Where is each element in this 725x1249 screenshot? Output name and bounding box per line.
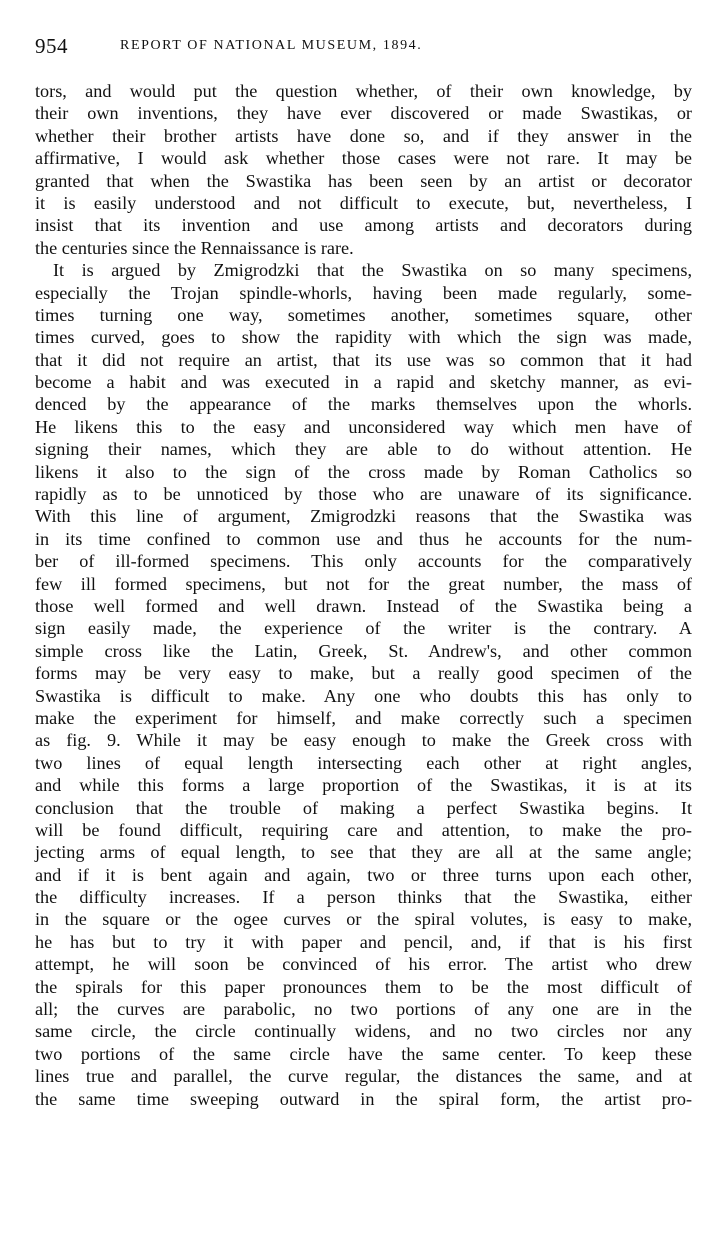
text-line: likens it also to the sign of the cross … [35,461,692,483]
text-line: sign easily made, the experience of the … [35,617,692,639]
text-line: jecting arms of equal length, to see tha… [35,841,692,863]
text-line: and while this forms a large proportion … [35,774,692,796]
running-head: REPORT OF NATIONAL MUSEUM, 1894. [120,38,422,54]
page-header: 954 REPORT OF NATIONAL MUSEUM, 1894. [35,34,695,64]
text-line: granted that when the Swastika has been … [35,170,692,192]
text-line: will be found difficult, requiring care … [35,819,692,841]
text-line: forms may be very easy to make, but a re… [35,662,692,684]
text-line: conclusion that the trouble of making a … [35,797,692,819]
text-line: With this line of argument, Zmigrodzki r… [35,505,692,527]
text-line: times curved, goes to show the rapidity … [35,326,692,348]
text-line: as fig. 9. While it may be easy enough t… [35,729,692,751]
text-line: whether their brother artists have done … [35,125,692,147]
text-line: lines true and parallel, the curve regul… [35,1065,692,1087]
text-line: in the square or the ogee curves or the … [35,908,692,930]
text-line: simple cross like the Latin, Greek, St. … [35,640,692,662]
text-line: become a habit and was executed in a rap… [35,371,692,393]
page-number: 954 [35,34,68,59]
text-line: the spirals for this paper pronounces th… [35,976,692,998]
text-line: few ill formed specimens, but not for th… [35,573,692,595]
text-line: the difficulty increases. If a person th… [35,886,692,908]
text-line: the same time sweeping outward in the sp… [35,1088,692,1110]
text-line: signing their names, which they are able… [35,438,692,460]
body-text: tors, and would put the question whether… [35,80,692,1110]
text-line: those well formed and well drawn. Instea… [35,595,692,617]
text-line: all; the curves are parabolic, no two po… [35,998,692,1020]
text-line: that it did not require an artist, that … [35,349,692,371]
text-line: it is easily understood and not difficul… [35,192,692,214]
text-line: same circle, the circle continually wide… [35,1020,692,1042]
text-line: tors, and would put the question whether… [35,80,692,102]
text-line: he has but to try it with paper and penc… [35,931,692,953]
text-line: their own inventions, they have ever dis… [35,102,692,124]
text-line: make the experiment for himself, and mak… [35,707,692,729]
text-line: insist that its invention and use among … [35,214,692,236]
text-line: attempt, he will soon be convinced of hi… [35,953,692,975]
text-line: two portions of the same circle have the… [35,1043,692,1065]
text-line: in its time confined to common use and t… [35,528,692,550]
text-line: especially the Trojan spindle-whorls, ha… [35,282,692,304]
text-line: He likens this to the easy and unconside… [35,416,692,438]
text-line: Swastika is difficult to make. Any one w… [35,685,692,707]
text-line: rapidly as to be unnoticed by those who … [35,483,692,505]
text-line: the centuries since the Rennaissance is … [35,237,692,259]
text-line: and if it is bent again and again, two o… [35,864,692,886]
paragraph-start-line: It is argued by Zmigrodzki that the Swas… [35,259,692,281]
text-line: times turning one way, sometimes another… [35,304,692,326]
text-line: denced by the appearance of the marks th… [35,393,692,415]
text-line: affirmative, I would ask whether those c… [35,147,692,169]
text-line: two lines of equal length intersecting e… [35,752,692,774]
text-line: ber of ill-formed specimens. This only a… [35,550,692,572]
